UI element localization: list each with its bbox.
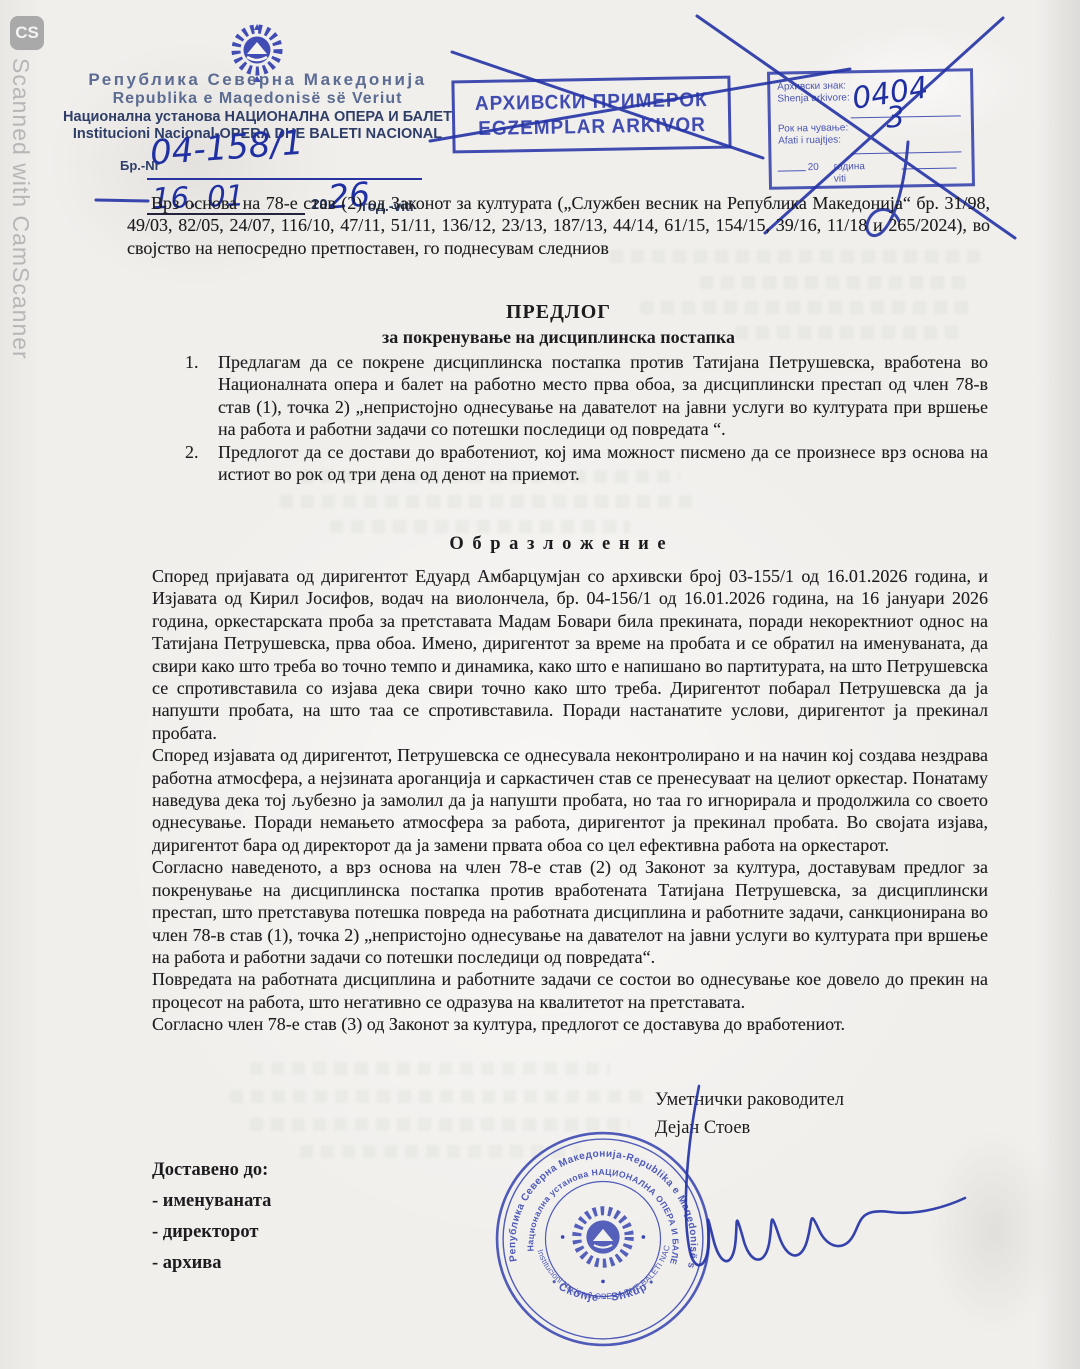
institution-name-mk: Национална установа НАЦИОНАЛНА ОПЕРА И Б… [60, 109, 455, 126]
signer-role: Уметнички раководител [655, 1086, 985, 1114]
list-item-text: Предлагам да се покрене дисциплинска пос… [218, 351, 988, 441]
bleed-through-artifact [700, 276, 970, 289]
stamp-sign-line [902, 168, 957, 170]
paragraph: Согласно наведеното, а врз основа на чле… [152, 856, 988, 968]
distribution-list: Доставено до: - именуваната - директорот… [152, 1155, 452, 1279]
distribution-item: - архива [152, 1248, 452, 1279]
list-item-text: Предлогот да се достави до вработениот, … [218, 441, 988, 486]
explanation-paragraphs: Според пријавата од диригентот Едуард Ам… [152, 565, 988, 1036]
archive-stamp-line-sq: EGZEMPLAR ARKIVOR [478, 113, 706, 142]
retention-line [851, 151, 961, 154]
handwritten-retention-value: 3 [885, 99, 906, 134]
stamp-year-prefix: 20 [808, 162, 819, 174]
archive-sign-label-sq: Shenja arkivore: [777, 92, 849, 105]
archive-sign-line [851, 115, 961, 118]
section-title-explanation: О б р а з л о ж е н и е [127, 534, 990, 555]
archive-copy-stamp: АРХИВСКИ ПРИМЕРОК EGZEMPLAR ARKIVOR [451, 76, 731, 154]
document-title: ПРЕДЛОГ [127, 301, 990, 324]
stamp-center-emblem-icon [561, 1211, 645, 1283]
intro-paragraph: Врз основа на 78-е став (2) од Законот з… [127, 192, 990, 259]
country-name-mk: Република Северна Македонија [60, 70, 455, 90]
country-name-sq: Republika e Maqedonisë së Veriut [60, 90, 455, 109]
intro-text: Врз основа на 78-е став (2) од Законот з… [127, 193, 990, 258]
distribution-item: - именуваната [152, 1186, 452, 1217]
paragraph: Повредата на работната дисциплина и рабо… [152, 968, 988, 1013]
year-blank-line [778, 170, 806, 171]
bleed-through-artifact [250, 1062, 610, 1075]
bleed-through-artifact [280, 495, 700, 508]
camscanner-logo-icon: CS [10, 16, 44, 50]
paragraph: Согласно член 78-е став (3) од Законот з… [152, 1013, 988, 1035]
document-subtitle: за покренување на дисциплинска постапка [127, 327, 990, 348]
distribution-title: Доставено до: [152, 1155, 452, 1186]
list-item: 2. Предлогот да се достави до вработенио… [185, 441, 988, 486]
list-item-number: 1. [185, 351, 218, 441]
list-item: 1. Предлагам да се покрене дисциплинска … [185, 351, 988, 441]
bleed-through-artifact [330, 520, 630, 533]
retention-label-sq: Afati i ruajtjes: [778, 135, 841, 148]
proposal-items: 1. Предлагам да се покрене дисциплинска … [185, 351, 988, 485]
paragraph: Според пријавата од диригентот Едуард Ам… [152, 565, 988, 744]
stamp-year-label-mk: година [834, 161, 865, 174]
stamp-year-label-sq: viti [834, 173, 846, 185]
scanned-document-page: CS Scanned with CamScanner Република Сев… [0, 0, 1080, 1369]
bleed-through-artifact [230, 1090, 650, 1103]
round-institution-stamp: Република Северна Македонија-Republika e… [492, 1128, 714, 1350]
list-item-number: 2. [185, 441, 218, 486]
paragraph: Според изјавата од диригентот, Петрушевс… [152, 744, 988, 856]
distribution-item: - директорот [152, 1217, 452, 1248]
camscanner-watermark: Scanned with CamScanner [7, 58, 34, 428]
